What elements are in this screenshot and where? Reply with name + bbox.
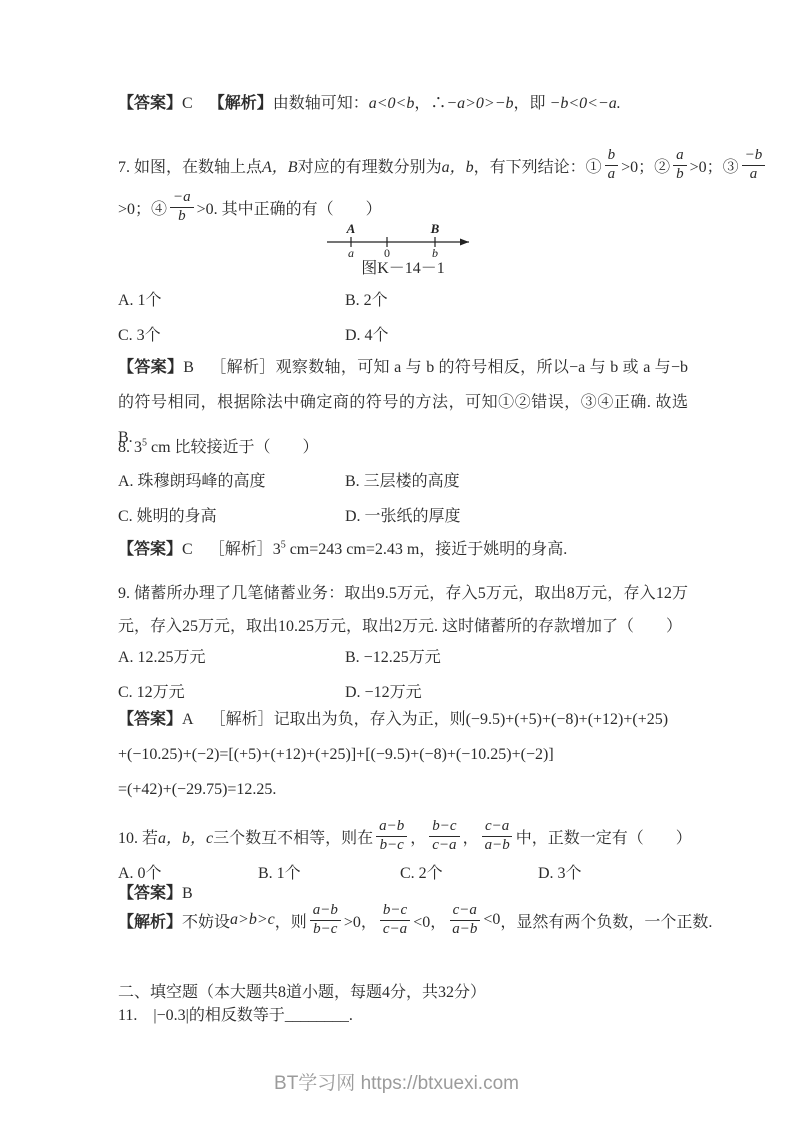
question-9-options-row1: A. 12.25万元 B. −12.25万元 bbox=[118, 644, 688, 667]
analysis-text: cm=243 cm=2.43 m，接近于姚明的身高. bbox=[286, 541, 568, 558]
option-c: C. 12万元 bbox=[118, 679, 345, 702]
option-d: D. 4个 bbox=[345, 322, 389, 345]
stem-text: ， bbox=[463, 825, 479, 848]
analysis-text: ［解析］观察数轴，可知 a 与 b 的符号相反，所以−a 与 b 或 a 与−b… bbox=[118, 359, 688, 446]
question-9-options-row2: C. 12万元 D. −12万元 bbox=[118, 679, 688, 702]
answer-label: 【答案】 bbox=[118, 359, 183, 376]
math-expression: a，b，c bbox=[158, 825, 213, 848]
answer-label: 【答案】 bbox=[118, 95, 182, 112]
option-c: C. 3个 bbox=[118, 322, 345, 345]
analysis-text: ，∴ bbox=[414, 95, 446, 112]
number-line-figure: A B a 0 b bbox=[118, 218, 688, 258]
stem-text: >0. 其中正确的有（ ） bbox=[197, 196, 382, 219]
math-expression: a，b bbox=[442, 154, 474, 177]
option-a: A. 12.25万元 bbox=[118, 644, 345, 667]
question-7-options-row2: C. 3个 D. 4个 bbox=[118, 322, 688, 345]
math-expression: >0， bbox=[344, 909, 377, 932]
math-expression: <0 bbox=[483, 911, 500, 929]
stem-text: . bbox=[349, 1007, 353, 1024]
worksheet-page: 【答案】C【解析】由数轴可知：a<0<b，∴−a>0>−b，即 −b<0<−a.… bbox=[0, 0, 793, 1122]
math-expression: −a>0>−b bbox=[446, 95, 513, 112]
stem-text: ，有下列结论：① bbox=[474, 154, 602, 177]
absolute-value-expression: |−0.3| bbox=[153, 1007, 188, 1024]
question-7-stem-line1: 7. 如图，在数轴上点 A，B 对应的有理数分别为 a，b ，有下列结论：① b… bbox=[118, 142, 688, 188]
answer-label: 【答案】 bbox=[118, 711, 182, 728]
stem-text: >0；③ bbox=[690, 154, 739, 177]
analysis-text: ，即 bbox=[514, 95, 550, 112]
answer-line-q6: 【答案】C【解析】由数轴可知：a<0<b，∴−a>0>−b，即 −b<0<−a. bbox=[118, 90, 688, 113]
stem-text: 7. 如图，在数轴上点 bbox=[118, 154, 262, 177]
option-b: B. 2个 bbox=[345, 287, 388, 310]
analysis-text: ，则 bbox=[275, 909, 307, 932]
analysis-text: 由数轴可知： bbox=[273, 95, 369, 112]
math-expression: −b<0<−a. bbox=[550, 95, 621, 112]
question-11: 11. |−0.3|的相反数等于________. bbox=[118, 1002, 688, 1025]
option-b: B. 三层楼的高度 bbox=[345, 468, 460, 491]
option-a: A. 珠穆朗玛峰的高度 bbox=[118, 468, 345, 491]
question-9-stem: 9. 储蓄所办理了几笔储蓄业务：取出9.5万元，存入5万元，取出8万元，存入12… bbox=[118, 577, 688, 643]
question-number: 11. bbox=[118, 1007, 153, 1024]
number-line-svg: A B a 0 b bbox=[323, 218, 483, 258]
fraction-negb-over-a: −ba bbox=[742, 147, 766, 183]
analysis-label: 【解析】 bbox=[209, 95, 273, 112]
analysis-text: ［解析］3 bbox=[209, 541, 281, 558]
question-10-stem: 10. 若 a，b，c 三个数互不相等，则在 a−bb−c ， b−cc−a ，… bbox=[118, 812, 688, 860]
stem-text: >0；② bbox=[621, 154, 670, 177]
math-expression: a<0<b bbox=[369, 95, 415, 112]
answer-value: C bbox=[182, 95, 193, 112]
fraction-bc-over-ca: b−cc−a bbox=[429, 818, 459, 854]
fraction-ab-over-bc: a−bb−c bbox=[376, 818, 407, 854]
fraction-ca-over-ab: c−aa−b bbox=[482, 818, 513, 854]
answer-label: 【答案】 bbox=[118, 541, 182, 558]
question-8-options-row2: C. 姚明的身高 D. 一张纸的厚度 bbox=[118, 503, 688, 526]
fraction-ca-over-ab: c−aa−b bbox=[449, 902, 480, 938]
answer-line-q9: 【答案】A［解析］记取出为负，存入为正，则(−9.5)+(+5)+(−8)+(+… bbox=[118, 702, 688, 807]
figure-caption: 图K－14－1 bbox=[118, 255, 688, 278]
answer-value: B bbox=[183, 359, 194, 376]
point-label-A: A bbox=[346, 221, 356, 236]
math-expression: a>b>c bbox=[230, 911, 275, 929]
formula-line2: +(−10.25)+(−2)=[(+5)+(+12)+(+25)]+[(−9.5… bbox=[118, 737, 688, 772]
stem-text: 8. 3 bbox=[118, 439, 142, 456]
option-b: B. −12.25万元 bbox=[345, 644, 441, 667]
formula-line3: =(+42)+(−29.75)=12.25. bbox=[118, 772, 688, 807]
axis-arrowhead bbox=[460, 239, 469, 246]
stem-text: 三个数互不相等，则在 bbox=[213, 825, 373, 848]
formula-line1: (−9.5)+(+5)+(−8)+(+12)+(+25) bbox=[466, 711, 669, 728]
stem-text: >0；④ bbox=[118, 196, 167, 219]
answer-line-q8: 【答案】C［解析］35 cm=243 cm=2.43 m，接近于姚明的身高. bbox=[118, 536, 688, 559]
stem-text: 对应的有理数分别为 bbox=[298, 154, 442, 177]
point-label-B: B bbox=[430, 221, 440, 236]
stem-text: 的相反数等于 bbox=[189, 1007, 285, 1024]
answer-blank: ________ bbox=[285, 1007, 349, 1024]
stem-text: 中，正数一定有（ ） bbox=[516, 825, 692, 848]
option-a: A. 1个 bbox=[118, 287, 345, 310]
stem-text: cm 比较接近于（ ） bbox=[147, 439, 319, 456]
fraction-a-over-b: ab bbox=[673, 147, 687, 183]
answer-value: C bbox=[182, 541, 193, 558]
analysis-line-q10: 【解析】 不妨设 a>b>c ，则 a−bb−c >0， b−cc−a <0， … bbox=[118, 896, 688, 944]
analysis-label: 【解析】 bbox=[118, 909, 182, 932]
option-d: D. 一张纸的厚度 bbox=[345, 503, 461, 526]
analysis-text: 不妨设 bbox=[182, 909, 230, 932]
analysis-text: ［解析］记取出为负，存入为正，则 bbox=[210, 711, 466, 728]
question-8-stem: 8. 35 cm 比较接近于（ ） bbox=[118, 434, 688, 457]
question-7-options-row1: A. 1个 B. 2个 bbox=[118, 287, 688, 310]
fraction-b-over-a: ba bbox=[605, 147, 619, 183]
analysis-text: ，显然有两个负数，一个正数. bbox=[500, 909, 712, 932]
math-expression: A，B bbox=[262, 154, 298, 177]
section-heading-fill-in: 二、填空题（本大题共8道小题，每题4分，共32分） bbox=[118, 979, 688, 1002]
fraction-ab-over-bc: a−bb−c bbox=[310, 902, 341, 938]
stem-text: ， bbox=[410, 825, 426, 848]
stem-text: 10. 若 bbox=[118, 825, 158, 848]
math-expression: <0， bbox=[413, 909, 446, 932]
option-d: D. −12万元 bbox=[345, 679, 422, 702]
answer-value: A bbox=[182, 711, 194, 728]
site-footer: BT学习网 https://btxuexi.com bbox=[0, 1068, 793, 1095]
option-c: C. 姚明的身高 bbox=[118, 503, 345, 526]
fraction-bc-over-ca: b−cc−a bbox=[380, 902, 410, 938]
question-8-options-row1: A. 珠穆朗玛峰的高度 B. 三层楼的高度 bbox=[118, 468, 688, 491]
